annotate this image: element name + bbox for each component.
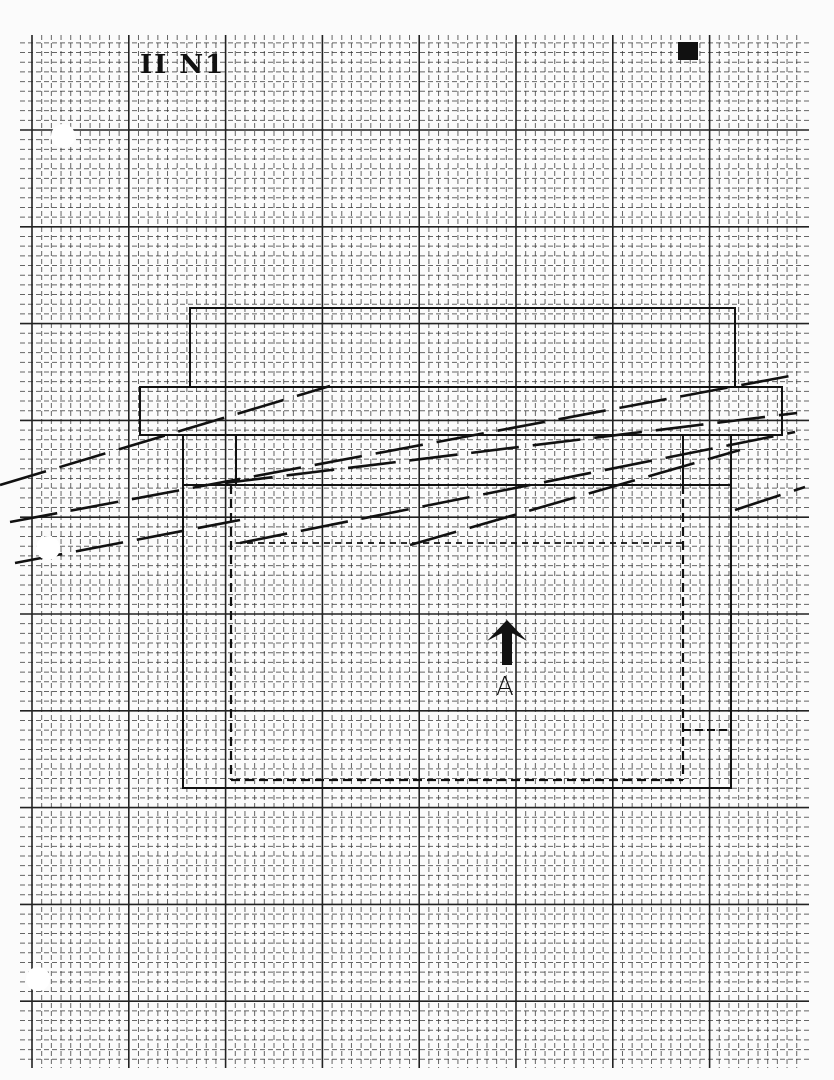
arrow-label: A — [496, 672, 514, 702]
drawing-canvas — [0, 0, 834, 1080]
corner-mark — [678, 42, 698, 60]
minor-grid — [20, 35, 809, 1068]
sheet-label: II N1 — [140, 50, 225, 80]
arrow-up-icon — [487, 620, 527, 665]
top-rectangle — [190, 308, 735, 387]
inner-dashed-rectangle — [231, 485, 683, 780]
punch-hole-bottom — [26, 967, 50, 991]
drawing-lines — [140, 308, 782, 788]
graph-paper-sheet: II N1 A — [0, 0, 834, 1080]
punch-holes — [26, 124, 75, 991]
punch-hole-middle — [36, 536, 60, 560]
punch-hole-top — [51, 124, 75, 148]
